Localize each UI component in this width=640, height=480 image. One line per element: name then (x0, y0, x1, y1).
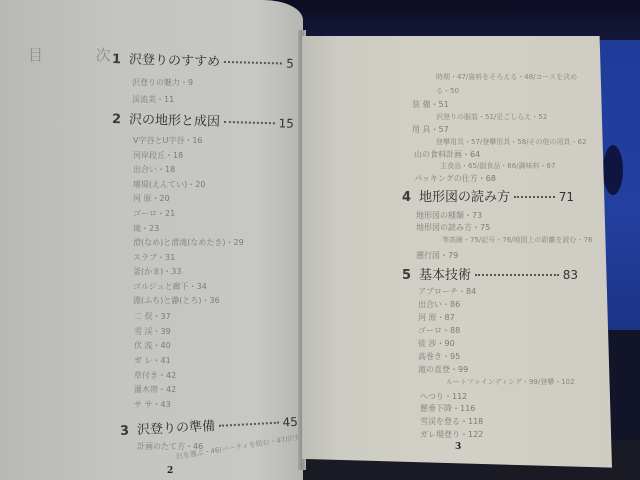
toc-item: ゴルジュと廊下・34 (133, 281, 207, 292)
toc-item: 沢登りの魅力・9 (132, 77, 193, 88)
toc-item: 出合い・86 (418, 299, 460, 310)
toc-item: 地形図の読み方・75 (416, 222, 490, 233)
toc-item: 高巻き・95 (418, 351, 460, 362)
toc-item: 河 原・20 (133, 193, 170, 204)
toc-subitem: 主食品・65/副食品・66/調味料・67 (440, 161, 555, 171)
toc-item: 河 原・87 (418, 312, 455, 323)
chapter-number: 1 (112, 52, 121, 67)
toc-item: ゴーロ・21 (133, 208, 175, 219)
background-shadow (603, 145, 623, 195)
toc-item: サ サ・43 (134, 399, 171, 410)
toc-item: 地形図の種類・73 (416, 210, 482, 221)
toc-item: 釜(かま)・33 (133, 266, 181, 277)
toc-item: 草付き・42 (134, 370, 176, 381)
chapter-title: 沢の地形と成因 (129, 108, 220, 129)
toc-item: ガレ場登り・122 (420, 429, 483, 440)
toc-subitem: 時期・47/資料をそろえる・48/コースを決め (436, 72, 577, 82)
chapter-2: 2 沢の地形と成因 15 (112, 108, 294, 132)
toc-item: 雪 渓・39 (134, 326, 171, 337)
page-number-right: 3 (455, 442, 461, 452)
toc-item: 灌木帯・42 (134, 384, 176, 395)
toc-item: 渓流美・11 (132, 94, 174, 105)
toc-subitem: 沢登りの服装・51/足ごしらえ・52 (436, 112, 547, 122)
chapter-title: 基本技術 (419, 264, 471, 283)
toc-item: 滝の直登・99 (418, 364, 468, 375)
leader-dots (224, 121, 275, 124)
toc-item: 山の食料計画・64 (414, 149, 480, 160)
toc-item: 装 備・51 (412, 99, 449, 110)
toc-item: ゴーロ・88 (418, 325, 460, 336)
chapter-page: 83 (563, 268, 578, 282)
toc-item: 伏 流・40 (134, 340, 171, 351)
toc-item: パッキングの仕方・68 (414, 173, 496, 184)
leader-dots (475, 274, 559, 276)
toc-item: 淵(ふち)と瀞(とろ)・36 (133, 295, 220, 306)
toc-item: 堰堤(えんてい)・20 (133, 179, 205, 190)
toc-item: ガ レ・41 (134, 355, 171, 366)
leader-dots (219, 422, 279, 427)
chapter-number: 4 (402, 190, 411, 205)
leader-dots (224, 61, 282, 65)
toc-subitem: る・50 (436, 86, 459, 96)
leader-dots (514, 196, 555, 198)
toc-item: 滝・23 (133, 223, 159, 234)
chapter-page: 71 (559, 190, 574, 204)
toc-item: スラブ・31 (133, 252, 175, 263)
chapter-title: 地形図の読み方 (419, 186, 510, 205)
toc-item: へつり・112 (420, 391, 467, 402)
chapter-number: 2 (112, 112, 121, 127)
toc-item: V字谷とU字谷・16 (133, 135, 203, 146)
toc-item: 河岸段丘・18 (133, 150, 183, 161)
toc-item: 懸垂下降・116 (420, 403, 475, 414)
chapter-1: 1 沢登りのすすめ 5 (112, 48, 294, 72)
page-number-left: 2 (167, 466, 173, 476)
chapter-5: 5 基本技術 83 (402, 264, 578, 283)
toc-subitem: 等高線・75/記号・76/地図上の距離を読む・76 (442, 235, 592, 245)
toc-item: アプローチ・84 (418, 286, 476, 297)
toc-item: 出合い・18 (133, 164, 175, 175)
chapter-page: 5 (286, 57, 294, 71)
toc-subitem: 登攀用具・57/登攀用具・58/その他の用具・62 (436, 137, 586, 147)
chapter-title: 沢登りのすすめ (129, 48, 221, 69)
chapter-number: 5 (402, 268, 411, 283)
toc-item: 用 具・57 (412, 124, 449, 135)
chapter-page: 45 (282, 415, 298, 430)
toc-item: 徒 渉・90 (418, 338, 455, 349)
chapter-number: 3 (120, 424, 130, 439)
toc-subitem: ルートファインディング・99/登攀・102 (446, 377, 575, 387)
left-page: 目 次 1 沢登りのすすめ 5 沢登りの魅力・9 渓流美・11 2 沢の地形と成… (0, 0, 303, 480)
toc-item: 遡行図・79 (416, 250, 458, 261)
toc-item: 二 俣・37 (134, 311, 171, 322)
toc-item: 雪渓を登る・118 (420, 416, 483, 427)
chapter-title: 沢登りの準備 (137, 415, 216, 438)
toc-item: 滑(なめ)と滑滝(なめたき)・29 (133, 237, 244, 248)
chapter-page: 15 (278, 116, 294, 130)
chapter-3: 3 沢登りの準備 45 (120, 411, 299, 439)
chapter-4: 4 地形図の読み方 71 (402, 186, 574, 205)
